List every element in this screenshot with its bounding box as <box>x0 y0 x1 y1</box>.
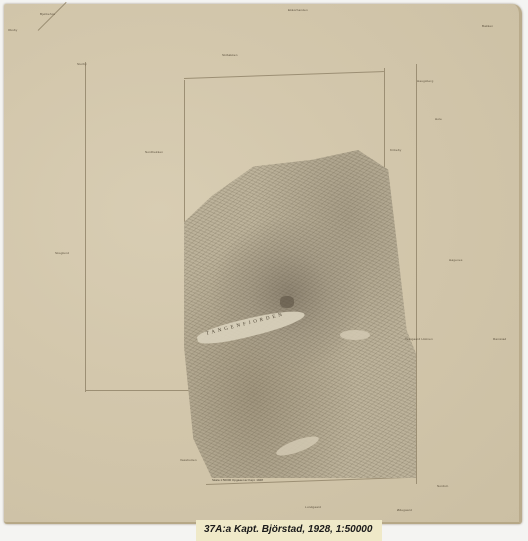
margin-label: Nordstr. <box>437 484 449 488</box>
inner-frame-left <box>184 80 185 230</box>
margin-label: Ekkorhanden <box>288 8 308 12</box>
outer-frame-left <box>85 62 86 392</box>
margin-label: Hole <box>435 117 442 121</box>
margin-label: Storby <box>77 62 87 66</box>
sheet-caption: 37A:a Kapt. Björstad, 1928, 1:50000 <box>204 524 372 535</box>
margin-label: Kirkeby <box>390 148 401 152</box>
inner-frame-right <box>384 68 385 168</box>
margin-label: Ødegaard <box>397 508 412 512</box>
margin-label: Ramstad <box>493 337 506 341</box>
margin-label: Bjørkehov <box>40 12 55 16</box>
margin-label: Skoglund <box>55 251 69 255</box>
margin-label: Nordbekken <box>145 150 163 154</box>
map-footer-note: Skala 1:50000 Opgaaet av Kapt. 1928 <box>212 478 263 482</box>
margin-label: Skibakken <box>222 53 238 57</box>
margin-label: Haugsberg <box>417 79 433 83</box>
margin-label: Vestgaard Holmen <box>405 337 433 341</box>
lake <box>340 330 370 340</box>
margin-label: Oksby <box>8 28 18 32</box>
margin-label: Høgenes <box>449 258 463 262</box>
margin-label: Lundgaard <box>305 505 321 509</box>
outer-frame-right <box>416 64 417 484</box>
outer-frame-bottom <box>85 390 195 391</box>
margin-label: Vassbotten <box>180 458 197 462</box>
town-center <box>280 296 294 308</box>
margin-label: Bakken <box>482 24 493 28</box>
